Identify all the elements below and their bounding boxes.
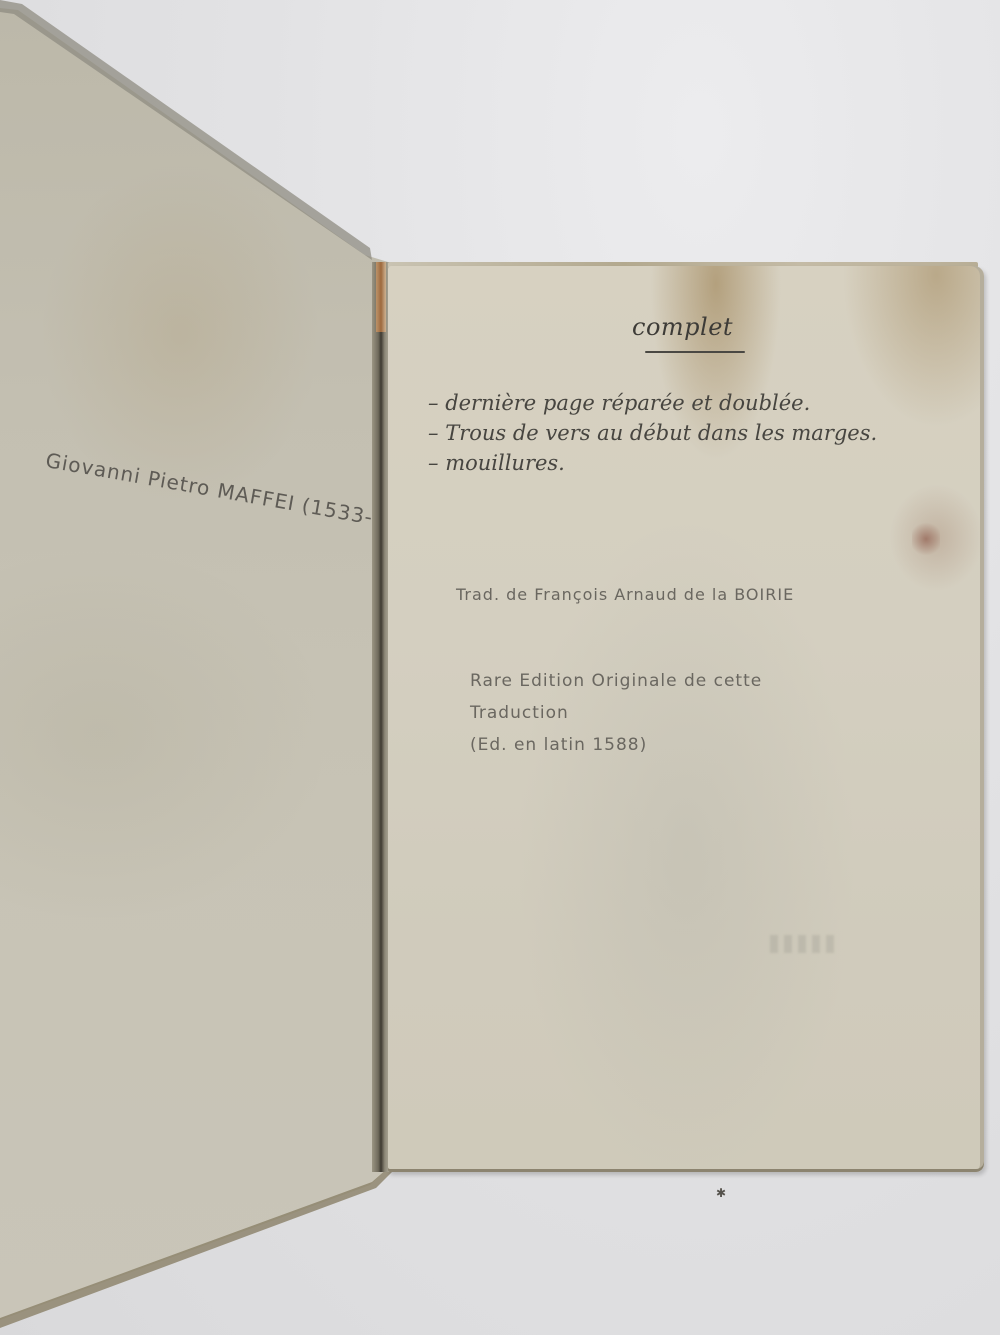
- heading-underline: [645, 351, 745, 353]
- stray-pen-mark: ✱: [716, 1186, 722, 1200]
- translator-note: Trad. de François Arnaud de la BOIRIE: [456, 585, 794, 604]
- condition-note: mouillures.: [428, 448, 877, 478]
- edition-note-line: Rare Edition Originale de cette: [470, 665, 762, 697]
- condition-notes-list: dernière page réparée et doublée. Trous …: [428, 388, 877, 478]
- condition-note: Trous de vers au début dans les marges.: [428, 418, 877, 448]
- condition-heading: complet: [632, 313, 733, 341]
- spine-tear: [376, 262, 386, 332]
- edition-note-line: (Ed. en latin 1588): [470, 729, 762, 761]
- edition-note-line: Traduction: [470, 697, 762, 729]
- foxing-stain: [912, 520, 940, 558]
- edition-note: Rare Edition Originale de cette Traducti…: [470, 665, 762, 761]
- print-show-through: [770, 935, 840, 953]
- condition-note: dernière page réparée et doublée.: [428, 388, 877, 418]
